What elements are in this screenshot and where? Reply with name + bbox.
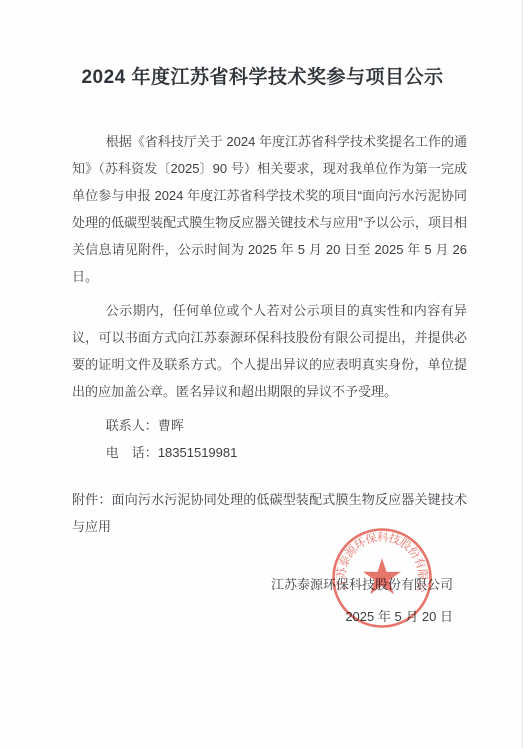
contact-phone-number: 18351519981 (158, 445, 238, 460)
paragraph-notice: 根据《省科技厅关于 2024 年度江苏省科学技术奖提名工作的通知》（苏科资发〔2… (72, 128, 467, 290)
contact-phone-label: 电 话： (106, 445, 158, 460)
attachment-note: 附件：面向污水污泥协同处理的低碳型装配式膜生物反应器关键技术与应用 (72, 486, 467, 540)
document-content: 2024 年度江苏省科学技术奖参与项目公示 根据《省科技厅关于 2024 年度江… (0, 0, 522, 630)
signature-company: 江苏泰源环保科技股份有限公司 (72, 571, 453, 598)
contact-person-row: 联系人：曹晖 (72, 412, 467, 439)
paragraph-objection: 公示期内，任何单位或个人若对公示项目的真实性和内容有异议，可以书面方式向江苏泰源… (72, 297, 467, 405)
contact-person-label: 联系人： (106, 418, 158, 433)
signature-block: 江苏泰源环保科技股份有限公司 2025 年 5 月 20 日 (72, 571, 467, 630)
contact-person-name: 曹晖 (158, 418, 184, 433)
contact-block: 联系人：曹晖 电 话：18351519981 (72, 412, 467, 466)
contact-phone-row: 电 话：18351519981 (72, 439, 467, 466)
announcement-document: 2024 年度江苏省科学技术奖参与项目公示 根据《省科技厅关于 2024 年度江… (0, 0, 523, 748)
document-title: 2024 年度江苏省科学技术奖参与项目公示 (58, 64, 467, 92)
signature-date: 2025 年 5 月 20 日 (72, 603, 453, 630)
